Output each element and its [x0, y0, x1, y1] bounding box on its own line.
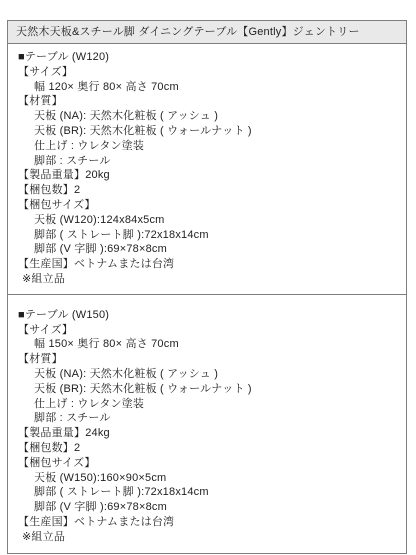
- spec-sheet: 天然木天板&スチール脚 ダイニングテーブル【Gently】ジェントリー ■テーブ…: [7, 20, 407, 554]
- spec-line: 【製品重量】24kg: [18, 426, 398, 441]
- section-heading: ■テーブル (W150): [18, 308, 398, 323]
- spec-line: 天板 (NA): 天然木化粧板 ( アッシュ ): [34, 109, 398, 124]
- spec-line: 【材質】: [18, 94, 398, 109]
- spec-section-w120: ■テーブル (W120) 【サイズ】 幅 120× 奥行 80× 高さ 70cm…: [8, 44, 406, 294]
- spec-line: 仕上げ : ウレタン塗装: [34, 139, 398, 154]
- spec-line: 【生産国】ベトナムまたは台湾: [18, 515, 398, 530]
- spec-line: 【サイズ】: [18, 323, 398, 338]
- spec-line: 天板 (W120):124x84x5cm: [34, 213, 398, 228]
- spec-line: 脚部 : スチール: [34, 411, 398, 426]
- spec-line: 【梱包サイズ】: [18, 456, 398, 471]
- spec-line: 【梱包数】2: [18, 183, 398, 198]
- spec-line: 脚部 ( ストレート脚 ):72x18x14cm: [34, 228, 398, 243]
- spec-line: 【生産国】ベトナムまたは台湾: [18, 257, 398, 272]
- assembly-note: ※組立品: [22, 272, 398, 287]
- spec-line: 仕上げ : ウレタン塗装: [34, 397, 398, 412]
- spec-line: 【材質】: [18, 352, 398, 367]
- spec-line: 【サイズ】: [18, 65, 398, 80]
- assembly-note: ※組立品: [22, 530, 398, 545]
- section-heading: ■テーブル (W120): [18, 50, 398, 65]
- spec-line: 【製品重量】20kg: [18, 168, 398, 183]
- spec-line: 天板 (BR): 天然木化粧板 ( ウォールナット ): [34, 124, 398, 139]
- spec-line: 天板 (BR): 天然木化粧板 ( ウォールナット ): [34, 382, 398, 397]
- spec-line: 天板 (W150):160×90×5cm: [34, 471, 398, 486]
- spec-line: 幅 120× 奥行 80× 高さ 70cm: [34, 80, 398, 95]
- spec-line: 幅 150× 奥行 80× 高さ 70cm: [34, 337, 398, 352]
- spec-line: 【梱包サイズ】: [18, 198, 398, 213]
- spec-line: 天板 (NA): 天然木化粧板 ( アッシュ ): [34, 367, 398, 382]
- spec-line: 脚部 ( ストレート脚 ):72x18x14cm: [34, 485, 398, 500]
- spec-section-w150: ■テーブル (W150) 【サイズ】 幅 150× 奥行 80× 高さ 70cm…: [8, 294, 406, 553]
- spec-line: 脚部 (V 字脚 ):69×78×8cm: [34, 242, 398, 257]
- spec-line: 脚部 : スチール: [34, 154, 398, 169]
- spec-line: 脚部 (V 字脚 ):69×78×8cm: [34, 500, 398, 515]
- product-title-bar: 天然木天板&スチール脚 ダイニングテーブル【Gently】ジェントリー: [8, 21, 406, 44]
- product-title: 天然木天板&スチール脚 ダイニングテーブル【Gently】ジェントリー: [16, 26, 360, 38]
- spec-line: 【梱包数】2: [18, 441, 398, 456]
